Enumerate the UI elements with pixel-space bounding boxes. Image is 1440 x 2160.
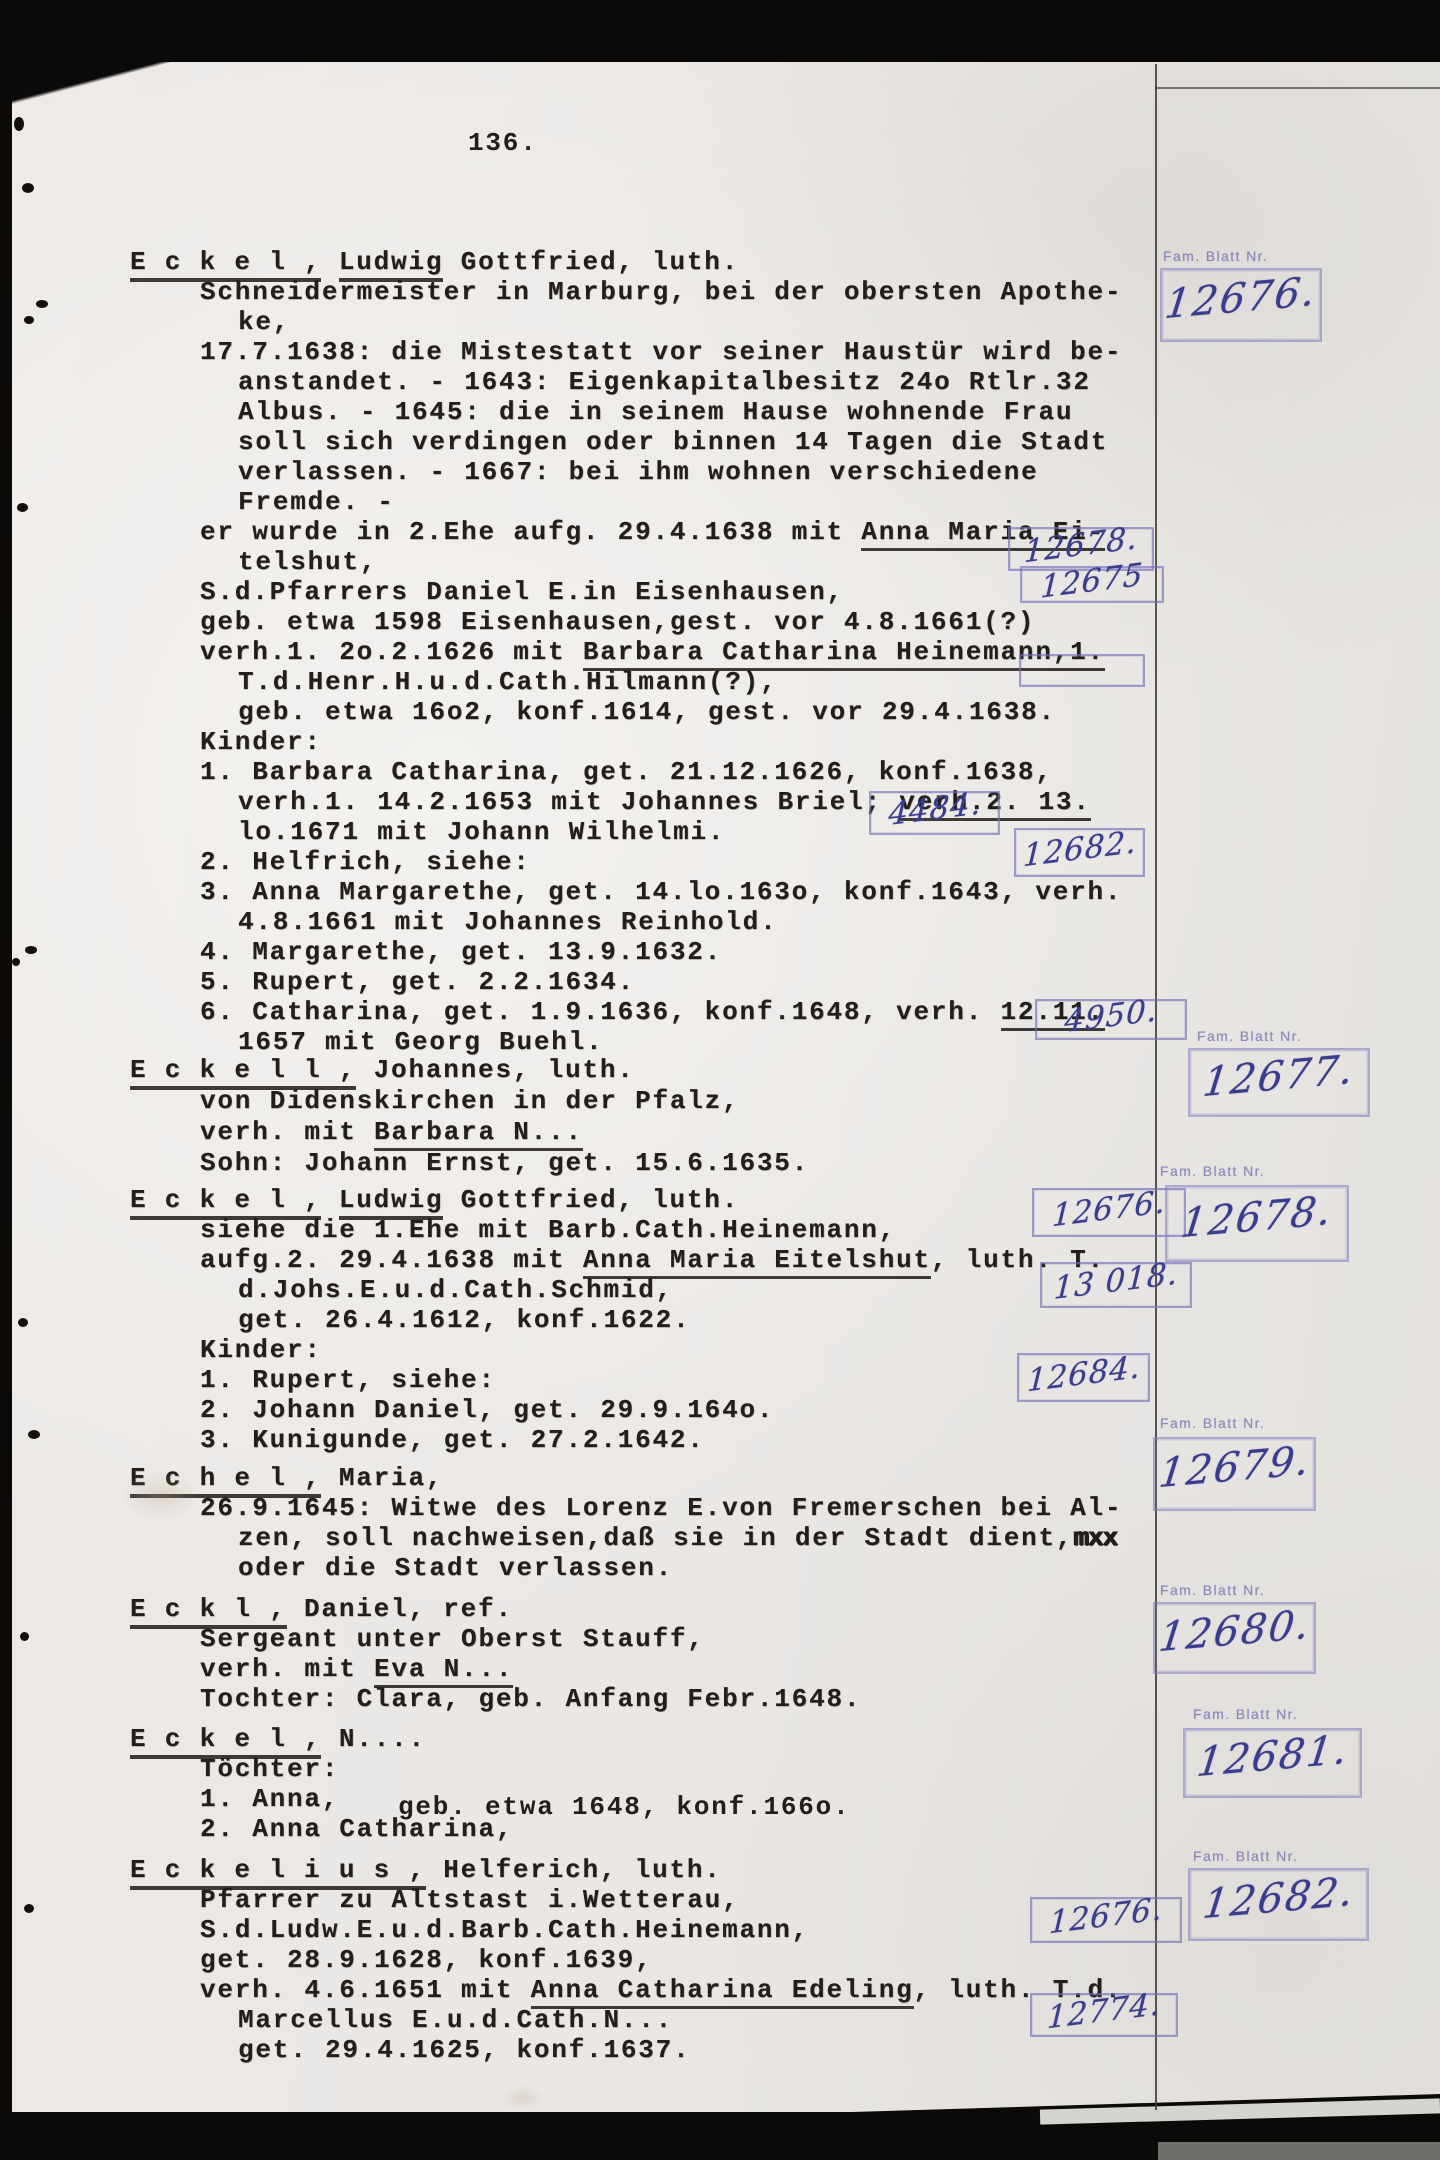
handwritten-family-sheet-number: 12682. (1200, 1868, 1357, 1928)
text-segment: T.d.Henr.H.u.d.Cath.Hilmann(?), (238, 667, 777, 697)
text-line: verlassen. - 1667: bei ihm wohnen versch… (238, 458, 1039, 488)
text-segment: Fremde. - (238, 487, 395, 517)
inline-reference-number-box: 12676. (1030, 1897, 1182, 1943)
underlined-name-segment: Anna Catharina Edeling (531, 1975, 914, 2009)
punch-hole-speck (24, 1904, 34, 1913)
text-line: T.d.Henr.H.u.d.Cath.Hilmann(?), (238, 668, 777, 698)
text-line: 1. Barbara Catharina, get. 21.12.1626, k… (200, 758, 1053, 788)
text-segment: Albus. - 1645: die in seinem Hause wohne… (238, 397, 1073, 427)
family-sheet-number-stamp-box: 12681. (1183, 1728, 1362, 1798)
punch-hole-speck (22, 183, 34, 193)
text-line: Sohn: Johann Ernst, get. 15.6.1635. (200, 1149, 809, 1179)
text-line: ke, (238, 308, 290, 338)
text-segment: get. 26.4.1612, konf.1622. (238, 1305, 690, 1335)
text-line: 17.7.1638: die Mistestatt vor seiner Hau… (200, 338, 1122, 368)
handwritten-reference-number: 13 018. (1053, 1255, 1179, 1307)
fam-blatt-nr-label: Fam. Blatt Nr. (1193, 1706, 1298, 1722)
text-segment: 1. Rupert, siehe: (200, 1365, 496, 1395)
text-line: 3. Kunigunde, get. 27.2.1642. (200, 1426, 705, 1456)
scan-corner-shadow (12, 62, 187, 108)
text-segment: 2. Johann Daniel, get. 29.9.164o. (200, 1395, 774, 1425)
text-line: 4.8.1661 mit Johannes Reinhold. (238, 908, 777, 938)
text-segment: lo.1671 mit Johann Wilhelmi. (238, 817, 725, 847)
text-segment: Kinder: (200, 1335, 322, 1365)
text-segment: Maria, (321, 1463, 443, 1493)
punch-hole-speck (18, 1318, 28, 1327)
text-line: verh. mit Eva N... (200, 1655, 513, 1685)
text-segment: Johannes, luth. (356, 1055, 634, 1085)
text-segment: 2. Helfrich, siehe: (200, 847, 531, 877)
text-segment: d.Johs.E.u.d.Cath.Schmid, (238, 1275, 673, 1305)
handwritten-family-sheet-number: 12679. (1156, 1438, 1313, 1498)
text-line: verh. 4.6.1651 mit Anna Catharina Edelin… (200, 1976, 1122, 2006)
family-sheet-number-stamp-box: 12678. (1165, 1185, 1349, 1262)
text-segment: 1657 mit Georg Buehl. (238, 1027, 603, 1057)
text-segment: soll sich verdingen oder binnen 14 Tagen… (238, 427, 1108, 457)
text-segment: Sergeant unter Oberst Stauff, (200, 1624, 705, 1654)
text-line: er wurde in 2.Ehe aufg. 29.4.1638 mit An… (200, 518, 1105, 548)
family-sheet-number-stamp-box: 12679. (1153, 1437, 1316, 1511)
inline-reference-number-box: 12684. (1017, 1353, 1150, 1402)
text-line: get. 28.9.1628, konf.1639, (200, 1946, 652, 1976)
handwritten-family-sheet-number: 12678. (1178, 1187, 1335, 1247)
text-segment: 3. Kunigunde, get. 27.2.1642. (200, 1425, 705, 1455)
text-segment (321, 1185, 338, 1215)
text-line: geb. etwa 1598 Eisenhausen,gest. vor 4.8… (200, 608, 1035, 638)
text-line: S.d.Pfarrers Daniel E.in Eisenhausen, (200, 578, 844, 608)
punch-hole-speck (20, 1632, 29, 1641)
fam-blatt-nr-label: Fam. Blatt Nr. (1160, 1582, 1265, 1598)
text-line: verh. mit Barbara N... (200, 1118, 583, 1148)
text-segment: Gottfried, luth. (443, 247, 739, 277)
text-line: anstandet. - 1643: Eigenkapitalbesitz 24… (238, 368, 1091, 398)
text-segment: 26.9.1645: Witwe des Lorenz E.von Fremer… (200, 1493, 1122, 1523)
text-segment: aufg.2. 29.4.1638 mit (200, 1245, 583, 1275)
text-line: 3. Anna Margarethe, get. 14.lo.163o, kon… (200, 878, 1122, 908)
paper-stain (500, 2085, 544, 2111)
inline-reference-number-box: 13 018. (1040, 1262, 1192, 1308)
fam-blatt-nr-label: Fam. Blatt Nr. (1160, 1415, 1265, 1431)
punch-hole-speck (36, 300, 48, 308)
fam-blatt-nr-label: Fam. Blatt Nr. (1160, 1163, 1265, 1179)
punch-hole-speck (25, 946, 37, 954)
text-line: telshut, (238, 548, 377, 578)
text-segment: 1. Barbara Catharina, get. 21.12.1626, k… (200, 757, 1053, 787)
entry-heading-line: E c k e l , Ludwig Gottfried, luth. (130, 248, 739, 278)
family-sheet-number-stamp-box: 12676. (1160, 268, 1322, 342)
handwritten-reference-number: 12676. (1048, 1891, 1164, 1941)
handwritten-reference-number: 12682. (1022, 823, 1138, 873)
text-line: 5. Rupert, get. 2.2.1634. (200, 968, 635, 998)
handwritten-family-sheet-number: 12677. (1200, 1046, 1357, 1106)
scanner-bed-strip (1158, 2142, 1440, 2160)
text-line: get. 26.4.1612, konf.1622. (238, 1306, 690, 1336)
text-line: 26.9.1645: Witwe des Lorenz E.von Fremer… (200, 1494, 1122, 1524)
entry-heading-line: E c k e l , Ludwig Gottfried, luth. (130, 1186, 739, 1216)
handwritten-reference-number: 12684. (1026, 1348, 1142, 1398)
handwritten-reference-number: 12774. (1046, 1986, 1162, 2036)
text-segment: verh. 4.6.1651 mit (200, 1975, 531, 2005)
text-segment: verh.1. 14.2.1653 mit Johannes Briel; (238, 787, 899, 817)
family-sheet-number-stamp-box: 12677. (1188, 1048, 1370, 1117)
text-line: oder die Stadt verlassen. (238, 1554, 673, 1584)
text-segment: Kinder: (200, 727, 322, 757)
text-segment: Sohn: Johann Ernst, get. 15.6.1635. (200, 1148, 809, 1178)
text-segment: Marcellus E.u.d.Cath.N... (238, 2005, 673, 2035)
text-line: soll sich verdingen oder binnen 14 Tagen… (238, 428, 1108, 458)
text-segment: siehe die 1.Ehe mit Barb.Cath.Heinemann, (200, 1215, 896, 1245)
text-line: Albus. - 1645: die in seinem Hause wohne… (238, 398, 1073, 428)
scanned-document-page: 136. E c k e l , Ludwig Gottfried, luth.… (0, 0, 1440, 2160)
entry-heading-line: E c k l , Daniel, ref. (130, 1595, 513, 1625)
margin-column-divider-line (1155, 64, 1157, 2110)
text-line: 4. Margarethe, get. 13.9.1632. (200, 938, 722, 968)
text-line: 1657 mit Georg Buehl. (238, 1028, 603, 1058)
handwritten-family-sheet-number: 12681. (1194, 1727, 1351, 1787)
text-segment: S.d.Pfarrers Daniel E.in Eisenhausen, (200, 577, 844, 607)
inline-reference-number-box: 12675 (1020, 566, 1164, 603)
text-line: 6. Catharina, get. 1.9.1636, konf.1648, … (200, 998, 1105, 1028)
punch-hole-speck (24, 316, 34, 324)
punch-hole-speck (28, 1430, 40, 1439)
text-segment: zen, soll nachweisen,daß sie in der Stad… (238, 1523, 1073, 1553)
text-segment: Schneidermeister in Marburg, bei der obe… (200, 277, 1122, 307)
text-segment: 5. Rupert, get. 2.2.1634. (200, 967, 635, 997)
fam-blatt-nr-label: Fam. Blatt Nr. (1163, 248, 1268, 264)
text-line: aufg.2. 29.4.1638 mit Anna Maria Eitelsh… (200, 1246, 1105, 1276)
entry-heading-line: E c k e l i u s , Helferich, luth. (130, 1856, 722, 1886)
text-line: Töchter: (200, 1755, 339, 1785)
text-line: S.d.Ludw.E.u.d.Barb.Cath.Heinemann, (200, 1916, 809, 1946)
fam-blatt-nr-label: Fam. Blatt Nr. (1197, 1028, 1302, 1044)
handwritten-family-sheet-number: 12676. (1162, 269, 1319, 329)
text-segment: 1. Anna, (200, 1784, 339, 1814)
text-line: verh.1. 2o.2.1626 mit Barbara Catharina … (200, 638, 1105, 668)
text-segment: get. 28.9.1628, konf.1639, (200, 1945, 652, 1975)
entry-heading-line: E c k e l , N.... (130, 1725, 426, 1755)
text-line: siehe die 1.Ehe mit Barb.Cath.Heinemann, (200, 1216, 896, 1246)
text-segment: verh. mit (200, 1117, 374, 1147)
punch-hole-speck (14, 117, 24, 131)
handwritten-reference-number: 12676. (1051, 1183, 1167, 1233)
text-line: 2. Helfrich, siehe: (200, 848, 531, 878)
inline-reference-number-box: 12774. (1030, 1993, 1178, 2037)
text-line: d.Johs.E.u.d.Cath.Schmid, (238, 1276, 673, 1306)
text-segment: geb. etwa 1598 Eisenhausen,gest. vor 4.8… (200, 607, 1035, 637)
handwritten-family-sheet-number: 12680. (1156, 1602, 1313, 1662)
brace-note: geb. etwa 1648, konf.166o. (398, 1792, 850, 1822)
text-line: von Didenskirchen in der Pfalz, (200, 1087, 739, 1117)
text-line: get. 29.4.1625, konf.1637. (238, 2036, 690, 2066)
fam-blatt-nr-label: Fam. Blatt Nr. (1193, 1848, 1298, 1864)
text-segment: 4.8.1661 mit Johannes Reinhold. (238, 907, 777, 937)
text-segment: Gottfried, luth. (443, 1185, 739, 1215)
underlined-name-segment: Eva N... (374, 1654, 513, 1688)
text-segment: telshut, (238, 547, 377, 577)
text-segment: Daniel, ref. (287, 1594, 513, 1624)
text-line: Tochter: Clara, geb. Anfang Febr.1648. (200, 1685, 861, 1715)
text-segment: oder die Stadt verlassen. (238, 1553, 673, 1583)
text-line: lo.1671 mit Johann Wilhelmi. (238, 818, 725, 848)
inline-reference-number-box: 4484. (869, 791, 1000, 835)
page-number: 136. (468, 128, 538, 158)
inline-reference-number-box: 12682. (1014, 828, 1145, 877)
underlined-name-segment: E c k e l l , (130, 1055, 356, 1090)
text-line: 2. Johann Daniel, get. 29.9.164o. (200, 1396, 774, 1426)
family-sheet-number-stamp-box: 12682. (1188, 1868, 1369, 1941)
text-line: geb. etwa 16o2, konf.1614, gest. vor 29.… (238, 698, 1056, 728)
family-sheet-number-stamp-box: 12680. (1153, 1602, 1316, 1674)
text-segment: verlassen. - 1667: bei ihm wohnen versch… (238, 457, 1039, 487)
text-line: Kinder: (200, 1336, 322, 1366)
text-segment: S.d.Ludw.E.u.d.Barb.Cath.Heinemann, (200, 1915, 809, 1945)
text-segment: get. 29.4.1625, konf.1637. (238, 2035, 690, 2065)
handwritten-reference-number: 4950. (1064, 992, 1159, 1040)
text-segment: 3. Anna Margarethe, get. 14.lo.163o, kon… (200, 877, 1122, 907)
overstruck-segment: mxx (1073, 1523, 1117, 1553)
punch-hole-speck (12, 958, 20, 966)
margin-column-top-line (1155, 87, 1440, 89)
text-line: Fremde. - (238, 488, 395, 518)
underlined-name-segment: Anna Maria Eitelshut (583, 1245, 931, 1279)
text-segment: anstandet. - 1643: Eigenkapitalbesitz 24… (238, 367, 1091, 397)
text-segment: N.... (321, 1724, 425, 1754)
text-segment: Tochter: Clara, geb. Anfang Febr.1648. (200, 1684, 861, 1714)
text-segment: geb. etwa 16o2, konf.1614, gest. vor 29.… (238, 697, 1056, 727)
text-line: Sergeant unter Oberst Stauff, (200, 1625, 705, 1655)
text-segment: Helferich, luth. (426, 1855, 722, 1885)
inline-empty-box (1019, 654, 1145, 687)
entry-heading-line: E c k e l l , Johannes, luth. (130, 1056, 635, 1086)
text-line: Pfarrer zu Altstast i.Wetterau, (200, 1886, 739, 1916)
text-segment: Pfarrer zu Altstast i.Wetterau, (200, 1885, 739, 1915)
underlined-name-segment: Barbara N... (374, 1117, 583, 1151)
punch-hole-speck (17, 503, 28, 512)
text-line: 1. Rupert, siehe: (200, 1366, 496, 1396)
text-line: zen, soll nachweisen,daß sie in der Stad… (238, 1524, 1117, 1554)
text-segment (321, 247, 338, 277)
text-segment: er wurde in 2.Ehe aufg. 29.4.1638 mit (200, 517, 861, 547)
text-segment: verh.1. 2o.2.1626 mit (200, 637, 583, 667)
paper-stain (120, 1470, 200, 1520)
text-segment: 4. Margarethe, get. 13.9.1632. (200, 937, 722, 967)
text-line: 1. Anna, (200, 1785, 339, 1815)
inline-reference-number-box: 12676. (1032, 1188, 1186, 1237)
text-segment: 17.7.1638: die Mistestatt vor seiner Hau… (200, 337, 1122, 367)
text-line: Marcellus E.u.d.Cath.N... (238, 2006, 673, 2036)
inline-reference-number-box: 4950. (1035, 999, 1187, 1040)
text-line: Kinder: (200, 728, 322, 758)
handwritten-reference-number: 4484. (887, 785, 982, 833)
text-segment: Töchter: (200, 1754, 339, 1784)
text-segment: von Didenskirchen in der Pfalz, (200, 1086, 739, 1116)
text-line: Schneidermeister in Marburg, bei der obe… (200, 278, 1122, 308)
text-segment: 6. Catharina, get. 1.9.1636, konf.1648, … (200, 997, 1001, 1027)
text-segment: ke, (238, 307, 290, 337)
text-segment: verh. mit (200, 1654, 374, 1684)
